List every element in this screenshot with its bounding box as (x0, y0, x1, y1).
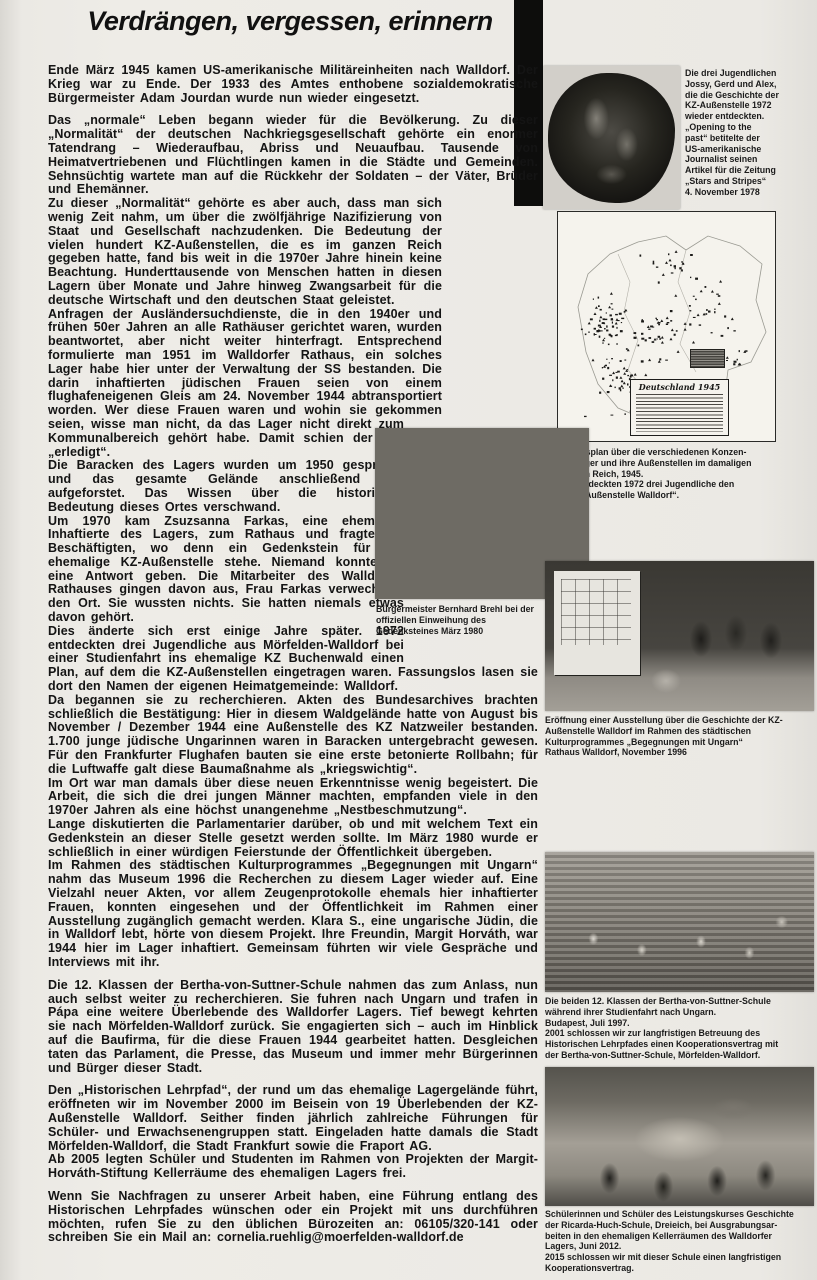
page-title: Verdrängen, vergessen, erinnern (40, 6, 540, 37)
caption-excavation: Schülerinnen und Schüler des Leistungsku… (545, 1209, 817, 1274)
paragraph-intro-1: Ende März 1945 kamen US-amerikanische Mi… (48, 64, 538, 105)
paragraph-recherche: Da begannen sie zu recherchieren. Akten … (48, 694, 538, 777)
memorial-poster: Verdrängen, vergessen, erinnern Ende Mär… (0, 0, 817, 1280)
map-legend: Deutschland 1945 (630, 379, 729, 436)
paragraph-stiftung: Ab 2005 legten Schüler und Studenten im … (48, 1153, 538, 1181)
map-inset-box (691, 350, 724, 367)
paragraph-schule: Die 12. Klassen der Bertha-von-Suttner-S… (48, 979, 538, 1076)
photo-excavation (545, 1067, 814, 1206)
photo-three-youths-image (548, 73, 675, 203)
paragraph-kontakt: Wenn Sie Nachfragen zu unserer Arbeit ha… (48, 1190, 538, 1245)
paragraph-nestbeschmutzung: Im Ort war man damals über diese neuen E… (48, 777, 538, 818)
paragraph-lehrpfad: Den „Historischen Lehrpfad“, der rund um… (48, 1084, 538, 1153)
paragraph-museum: Im Rahmen des städtischen Kulturprogramm… (48, 859, 538, 969)
caption-school-group: Die beiden 12. Klassen der Bertha-von-Su… (545, 996, 817, 1061)
map-legend-text-lines (636, 394, 723, 432)
paragraph-intro-2: Das „normale“ Leben begann wieder für di… (48, 114, 538, 197)
caption-three-youths: Die drei Jugendlichen Jossy, Gerd und Al… (685, 68, 812, 198)
photo-school-group (545, 852, 814, 992)
map-legend-title: Deutschland 1945 (631, 382, 728, 392)
photo-exhibition-opening (545, 561, 814, 711)
body-text: Ende März 1945 kamen US-amerikanische Mi… (48, 64, 538, 1245)
exhibition-panel-grid (561, 579, 631, 645)
wrap-spacer-map (442, 197, 538, 419)
photo-three-youths (543, 66, 680, 209)
map-kz-aussenstellen: Deutschland 1945 (557, 211, 776, 442)
caption-exhibition-opening: Eröffnung einer Ausstellung über die Ges… (545, 715, 817, 758)
paragraph-gedenkstein: Lange diskutierten die Parlamentarier da… (48, 818, 538, 859)
